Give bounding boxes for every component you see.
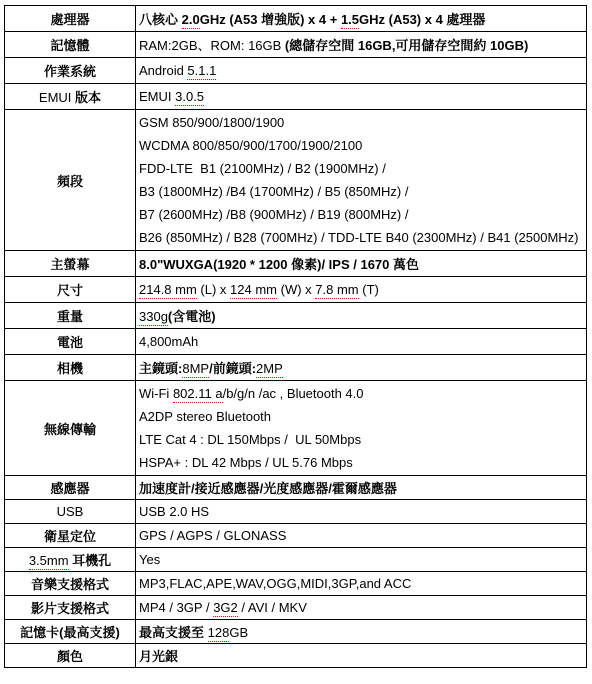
spec-value-sensors: 加速度計/接近感應器/光度感應器/霍爾感應器 — [136, 476, 587, 500]
text-run: 2.0 — [182, 12, 200, 29]
text-run: 最高支援至 — [139, 625, 208, 640]
spec-label-color: 顏色 — [5, 644, 136, 668]
text-run: 3G2 — [213, 600, 238, 617]
text-run: B26 (850MHz) / B28 (700MHz) / TDD-LTE B4… — [139, 230, 579, 245]
spec-label-weight: 重量 — [5, 303, 136, 329]
spec-value-weight: 330g(含電池) — [136, 303, 587, 329]
table-row-dimensions: 尺寸214.8 mm (L) x 124 mm (W) x 7.8 mm (T) — [5, 277, 587, 303]
text-run: 3.5mm — [29, 553, 69, 570]
text-run: 影片支援格式 — [31, 601, 109, 616]
text-run: 顏色 — [57, 649, 83, 664]
text-run: (T) — [359, 282, 379, 297]
text-run: 電池 — [57, 335, 83, 350]
value-line: B26 (850MHz) / B28 (700MHz) / TDD-LTE B4… — [139, 226, 583, 249]
value-line: B3 (1800MHz) /B4 (1700MHz) / B5 (850MHz)… — [139, 180, 583, 203]
text-run: GB — [229, 625, 248, 640]
text-run: (W) x — [277, 282, 315, 297]
text-run: x 4 + — [304, 12, 341, 27]
text-run: 感應器 — [50, 481, 89, 496]
text-run: 8MP — [182, 361, 209, 378]
value-line: FDD-LTE B1 (2100MHz) / B2 (1900MHz) / — [139, 157, 583, 180]
spec-table: 處理器八核心 2.0GHz (A53 增強版) x 4 + 1.5GHz (A5… — [4, 5, 587, 668]
text-run: / AVI / MKV — [238, 600, 307, 615]
value-line: Wi-Fi 802.11 a/b/g/n /ac , Bluetooth 4.0 — [139, 382, 583, 405]
spec-value-main-display: 8.0"WUXGA(1920 * 1200 像素)/ IPS / 1670 萬色 — [136, 251, 587, 277]
spec-value-audio-formats: MP3,FLAC,APE,WAV,OGG,MIDI,3GP,and ACC — [136, 572, 587, 596]
spec-value-wireless: Wi-Fi 802.11 a/b/g/n /ac , Bluetooth 4.0… — [136, 381, 587, 476]
text-run: 記憶卡(最高支援) — [20, 625, 120, 640]
spec-value-memory: RAM:2GB、ROM: 16GB (總儲存空間 16GB,可用儲存空間約 10… — [136, 32, 587, 58]
table-row-camera: 相機主鏡頭:8MP/前鏡頭:2MP — [5, 355, 587, 381]
table-row-headphone-jack: 3.5mm 耳機孔Yes — [5, 548, 587, 572]
text-run: A2DP stereo Bluetooth — [139, 409, 271, 424]
spec-value-memory-card: 最高支援至 128GB — [136, 620, 587, 644]
spec-label-processor: 處理器 — [5, 6, 136, 32]
text-run: MP3,FLAC,APE,WAV,OGG,MIDI,3GP,and ACC — [139, 576, 411, 591]
table-row-audio-formats: 音樂支援格式MP3,FLAC,APE,WAV,OGG,MIDI,3GP,and … — [5, 572, 587, 596]
text-run: (含電池) — [168, 309, 216, 324]
text-run: LTE Cat 4 : DL 150Mbps / UL 50Mbps — [139, 432, 361, 447]
text-run: 無線傳輸 — [44, 422, 96, 437]
text-run: 月光銀 — [139, 649, 178, 664]
spec-value-processor: 八核心 2.0GHz (A53 增強版) x 4 + 1.5GHz (A53) … — [136, 6, 587, 32]
spec-value-battery: 4,800mAh — [136, 329, 587, 355]
text-run: 2MP — [256, 361, 283, 378]
text-run: USB 2.0 HS — [139, 504, 209, 519]
text-run: /前鏡頭: — [209, 361, 256, 376]
text-run: 主螢幕 — [50, 257, 89, 272]
spec-value-bands: GSM 850/900/1800/1900WCDMA 800/850/900/1… — [136, 110, 587, 251]
text-run: 作業系統 — [44, 64, 96, 79]
spec-label-sensors: 感應器 — [5, 476, 136, 500]
text-run: 802.11 a — [173, 386, 223, 403]
spec-label-emui-version: EMUI 版本 — [5, 84, 136, 110]
text-run: 相機 — [57, 361, 83, 376]
text-run: 記憶體 — [50, 38, 89, 53]
document-page: 處理器八核心 2.0GHz (A53 增強版) x 4 + 1.5GHz (A5… — [0, 0, 592, 684]
text-run: 7.8 mm — [315, 282, 358, 299]
spec-label-camera: 相機 — [5, 355, 136, 381]
text-run: 處理器 — [50, 12, 89, 27]
spec-label-main-display: 主螢幕 — [5, 251, 136, 277]
table-row-wireless: 無線傳輸Wi-Fi 802.11 a/b/g/n /ac , Bluetooth… — [5, 381, 587, 476]
table-row-bands: 頻段GSM 850/900/1800/1900WCDMA 800/850/900… — [5, 110, 587, 251]
value-line: A2DP stereo Bluetooth — [139, 405, 583, 428]
text-run: 124 mm — [230, 282, 277, 299]
value-line: WCDMA 800/850/900/1700/1900/2100 — [139, 134, 583, 157]
value-line: B7 (2600MHz) /B8 (900MHz) / B19 (800MHz)… — [139, 203, 583, 226]
table-row-os: 作業系統Android 5.1.1 — [5, 58, 587, 84]
spec-value-headphone-jack: Yes — [136, 548, 587, 572]
table-row-memory-card: 記憶卡(最高支援)最高支援至 128GB — [5, 620, 587, 644]
spec-value-camera: 主鏡頭:8MP/前鏡頭:2MP — [136, 355, 587, 381]
text-run: B3 (1800MHz) /B4 (1700MHz) / B5 (850MHz)… — [139, 184, 408, 199]
text-run: 5.1.1 — [187, 63, 216, 80]
table-row-video-formats: 影片支援格式MP4 / 3GP / 3G2 / AVI / MKV — [5, 596, 587, 620]
table-row-sensors: 感應器加速度計/接近感應器/光度感應器/霍爾感應器 — [5, 476, 587, 500]
spec-label-memory: 記憶體 — [5, 32, 136, 58]
spec-label-memory-card: 記憶卡(最高支援) — [5, 620, 136, 644]
text-run: 8.0"WUXGA(1920 * 1200 像素)/ IPS / 1670 萬色 — [139, 257, 419, 272]
spec-label-battery: 電池 — [5, 329, 136, 355]
text-run: 八核心 — [139, 12, 182, 27]
spec-value-emui-version: EMUI 3.0.5 — [136, 84, 587, 110]
text-run: 128 — [208, 625, 230, 642]
text-run: 214.8 mm — [139, 282, 197, 299]
table-row-processor: 處理器八核心 2.0GHz (A53 增強版) x 4 + 1.5GHz (A5… — [5, 6, 587, 32]
text-run: 主鏡頭: — [139, 361, 182, 376]
text-run: B7 (2600MHz) /B8 (900MHz) / B19 (800MHz)… — [139, 207, 408, 222]
text-run: 耳機孔 — [69, 553, 112, 568]
spec-value-os: Android 5.1.1 — [136, 58, 587, 84]
spec-label-wireless: 無線傳輸 — [5, 381, 136, 476]
text-run: GSM 850/900/1800/1900 — [139, 115, 284, 130]
text-run: USB — [57, 504, 84, 519]
text-run: WCDMA 800/850/900/1700/1900/2100 — [139, 138, 362, 153]
table-row-main-display: 主螢幕8.0"WUXGA(1920 * 1200 像素)/ IPS / 1670… — [5, 251, 587, 277]
spec-label-usb: USB — [5, 500, 136, 524]
text-run: (L) x — [197, 282, 230, 297]
text-run: RAM:2GB、ROM: 16GB — [139, 38, 285, 53]
text-run: Yes — [139, 552, 160, 567]
text-run: 1.5 — [341, 12, 359, 29]
text-run: EMUI — [39, 90, 75, 105]
spec-label-positioning: 衛星定位 — [5, 524, 136, 548]
spec-label-bands: 頻段 — [5, 110, 136, 251]
text-run: /b/g/n /ac , Bluetooth 4.0 — [223, 386, 364, 401]
spec-value-usb: USB 2.0 HS — [136, 500, 587, 524]
text-run: MP4 / 3GP / — [139, 600, 213, 615]
text-run: (總儲存空間 16GB,可用儲存空間約 10GB) — [285, 38, 528, 53]
text-run: 尺寸 — [57, 283, 83, 298]
table-row-usb: USBUSB 2.0 HS — [5, 500, 587, 524]
text-run: 3.0.5 — [175, 89, 204, 106]
text-run: 版本 — [75, 90, 101, 105]
text-run: 加速度計/接近感應器/光度感應器/霍爾感應器 — [139, 481, 397, 496]
text-run: 330g — [139, 309, 168, 326]
spec-value-video-formats: MP4 / 3GP / 3G2 / AVI / MKV — [136, 596, 587, 620]
spec-label-os: 作業系統 — [5, 58, 136, 84]
text-run: Android — [139, 63, 187, 78]
spec-label-headphone-jack: 3.5mm 耳機孔 — [5, 548, 136, 572]
text-run: 衛星定位 — [44, 529, 96, 544]
value-line: HSPA+ : DL 42 Mbps / UL 5.76 Mbps — [139, 451, 583, 474]
text-run: HSPA+ : DL 42 Mbps / UL 5.76 Mbps — [139, 455, 353, 470]
text-run: GPS / AGPS / GLONASS — [139, 528, 286, 543]
text-run: FDD-LTE B1 (2100MHz) / B2 (1900MHz) / — [139, 161, 386, 176]
table-row-weight: 重量330g(含電池) — [5, 303, 587, 329]
spec-label-dimensions: 尺寸 — [5, 277, 136, 303]
text-run: GHz (A53 增強版) — [200, 12, 305, 27]
text-run: 音樂支援格式 — [31, 577, 109, 592]
table-row-battery: 電池4,800mAh — [5, 329, 587, 355]
spec-value-positioning: GPS / AGPS / GLONASS — [136, 524, 587, 548]
text-run: GHz (A53) x 4 處理器 — [359, 12, 485, 27]
text-run: 重量 — [57, 309, 83, 324]
spec-label-audio-formats: 音樂支援格式 — [5, 572, 136, 596]
table-row-color: 顏色月光銀 — [5, 644, 587, 668]
spec-value-color: 月光銀 — [136, 644, 587, 668]
text-run: EMUI — [139, 89, 175, 104]
value-line: LTE Cat 4 : DL 150Mbps / UL 50Mbps — [139, 428, 583, 451]
text-run: 4,800mAh — [139, 334, 198, 349]
table-row-positioning: 衛星定位GPS / AGPS / GLONASS — [5, 524, 587, 548]
spec-label-video-formats: 影片支援格式 — [5, 596, 136, 620]
text-run: Wi-Fi — [139, 386, 173, 401]
table-row-emui-version: EMUI 版本EMUI 3.0.5 — [5, 84, 587, 110]
text-run: 頻段 — [57, 174, 83, 189]
spec-value-dimensions: 214.8 mm (L) x 124 mm (W) x 7.8 mm (T) — [136, 277, 587, 303]
table-row-memory: 記憶體RAM:2GB、ROM: 16GB (總儲存空間 16GB,可用儲存空間約… — [5, 32, 587, 58]
value-line: GSM 850/900/1800/1900 — [139, 111, 583, 134]
